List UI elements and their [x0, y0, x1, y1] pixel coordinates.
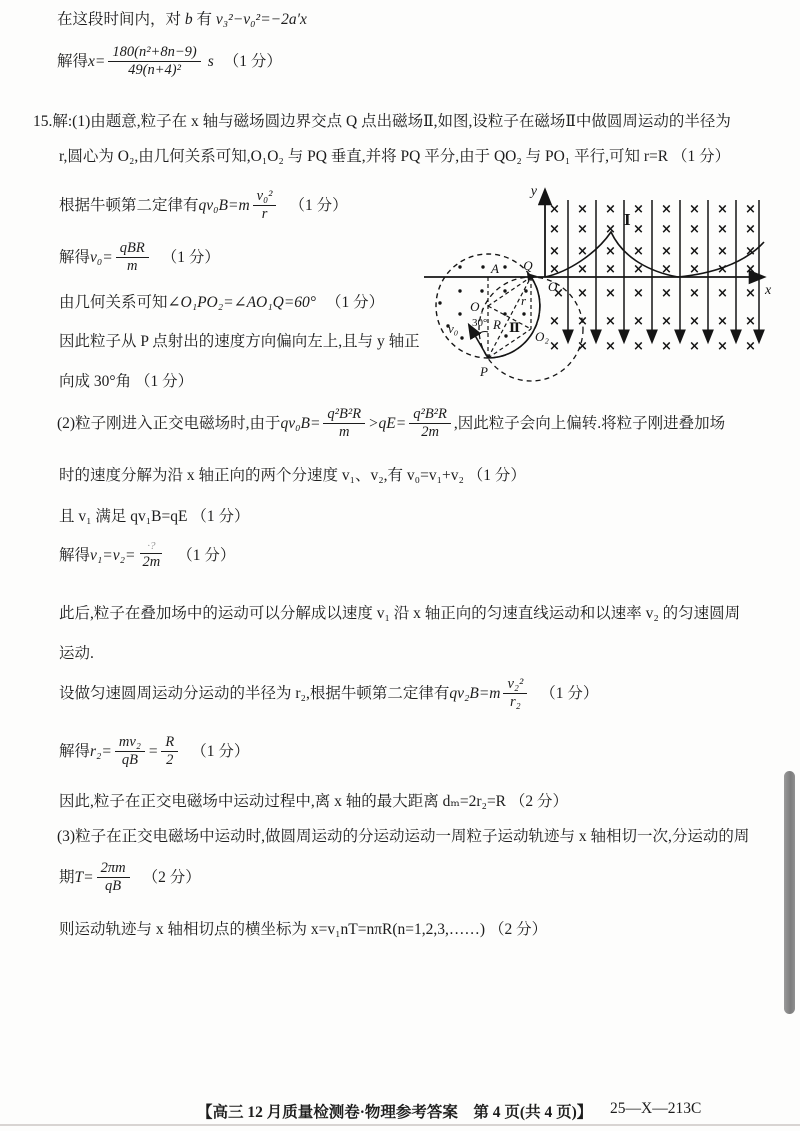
math-segment: r₂= [90, 742, 112, 762]
fraction: q²B²R2m [409, 406, 451, 442]
math-segment: = [148, 742, 158, 762]
math-segment: qv₂B=m [449, 684, 500, 704]
math-segment: b [185, 11, 193, 28]
math-segment: v₁=v₂= [90, 546, 135, 566]
text-segment: 由几何关系可知 [59, 294, 168, 311]
score-label: （2 分） [143, 868, 201, 888]
math-segment: v₃²−v₀²=−2a′x [216, 11, 307, 28]
text-segment: 解得 [59, 248, 90, 268]
text-segment: 有 [193, 11, 216, 28]
angle-30-label: 30° [472, 317, 487, 329]
answer-line-1: 在这段时间内，对 b 有 v₃²−v₀²=−2a′x [57, 10, 307, 30]
answer-line-21: 则运动轨迹与 x 轴相切点的横坐标为 x=v₁nT=nπR(n=1,2,3,……… [59, 920, 547, 940]
svg-text:××××××××: ×××××××× [553, 286, 756, 301]
v0-label: v₀ [448, 321, 458, 336]
fraction: mv₂qB [115, 734, 145, 770]
region-II-label: Ⅱ [509, 320, 520, 335]
answer-line-17: 解得 r₂= mv₂qB = R2 （1 分） [59, 734, 249, 770]
region-I-label: I [624, 210, 631, 229]
physics-diagram: y x O ×××××××× ×××××××× ×××××××× ×××××××… [418, 180, 780, 382]
point-O2-label: O₂ [535, 329, 549, 344]
answer-line-19: (3)粒子在正交电磁场中运动时,做圆周运动的分运动运动一周粒子运动轨迹与 x 轴… [57, 827, 749, 847]
fraction: q²B²Rm [323, 406, 365, 442]
math-segment: ∠O₁PO₂=∠AO₁Q=60° [168, 294, 316, 311]
math-segment: T= [75, 868, 94, 888]
point-P-label: P [479, 364, 488, 379]
text-segment: 解得 [59, 742, 90, 762]
answer-line-3: 15.解:(1)由题意,粒子在 x 轴与磁场圆边界交点 Q 点出磁场Ⅱ,如图,设… [33, 112, 731, 132]
score-label: （1 分） [177, 546, 235, 566]
fraction: 2πmqB [97, 860, 130, 896]
text-segment: 在这段时间内，对 [57, 11, 185, 28]
answer-line-7: 由几何关系可知∠O₁PO₂=∠AO₁Q=60°（1 分） [59, 293, 384, 313]
math-segment: >qE= [368, 414, 406, 434]
text-segment: 根据牛顿第二定律有 [59, 196, 199, 216]
axes [424, 190, 764, 277]
axis-label-y: y [529, 184, 538, 199]
fraction: R2 [161, 734, 178, 770]
answer-line-8: 因此粒子从 P 点射出的速度方向偏向左上,且与 y 轴正 [59, 332, 420, 352]
radius-R-label: R [492, 317, 501, 332]
text-segment: 设做匀速圆周运动分运动的半径为 r₂,根据牛顿第二定律有 [59, 684, 449, 704]
axis-label-x: x [764, 283, 772, 298]
fraction: v₂²r₂ [503, 676, 527, 712]
footer-paper-code: 25—X—213C [610, 1100, 701, 1118]
answer-line-10: (2)粒子刚进入正交电磁场时,由于 qv₀B= q²B²Rm >qE= q²B²… [57, 406, 725, 442]
answer-line-20: 期 T= 2πmqB （2 分） [59, 860, 201, 896]
math-segment: x= [88, 52, 105, 72]
answer-line-5: 根据牛顿第二定律有 qv₀B=m v₀²r （1 分） [59, 188, 348, 224]
radius-r-label: r [521, 293, 527, 308]
point-A-label: A [490, 261, 499, 276]
answer-line-11: 时的速度分解为沿 x 轴正向的两个分速度 v₁、v₂,有 v₀=v₁+v₂ （1… [59, 466, 526, 486]
fraction: v₀²r [253, 188, 277, 224]
scan-artifact-bar [784, 771, 795, 1014]
text-segment: (2)粒子刚进入正交电磁场时,由于 [57, 414, 280, 434]
score-label: （1 分） [191, 742, 249, 762]
score-label: （1 分） [289, 196, 347, 216]
answer-line-4: r,圆心为 O₂,由几何关系可知,O₁O₂ 与 PQ 垂直,并将 PQ 平分,由… [59, 147, 730, 167]
footer-title: 【高三 12 月质量检测卷·物理参考答案 第 4 页(共 4 页)】 [197, 1100, 592, 1122]
point-Q-label: Q [523, 258, 533, 273]
math-segment: qv₀B=m [199, 196, 250, 216]
answer-line-16: 设做匀速圆周运动分运动的半径为 r₂,根据牛顿第二定律有 qv₂B=m v₂²r… [59, 676, 598, 712]
text-segment: 解得 [59, 546, 90, 566]
text-segment: 期 [59, 868, 75, 888]
fraction: ·?2m [138, 540, 164, 572]
answer-line-9: 向成 30°角 （1 分） [59, 372, 193, 392]
math-segment: s [208, 52, 214, 72]
fraction: 180(n²+8n−9)49(n+4)² [108, 44, 200, 80]
answer-line-12: 且 v₁ 满足 qv₁B=qE （1 分） [59, 507, 249, 527]
answer-line-15: 运动. [59, 644, 94, 664]
answer-line-13: 解得 v₁=v₂= ·?2m （1 分） [59, 540, 235, 572]
score-label: （1 分） [224, 52, 282, 72]
math-segment: v₀= [90, 248, 113, 268]
score-label: （1 分） [162, 248, 220, 268]
math-segment: qv₀B= [280, 414, 320, 434]
footer-rule [0, 1124, 800, 1126]
score-label: （1 分） [326, 294, 384, 311]
text-segment: 解得 [57, 52, 88, 72]
text-segment: ,因此粒子会向上偏转.将粒子刚进叠加场 [454, 414, 725, 434]
point-O1-label: O₁ [470, 299, 484, 314]
answer-line-14: 此后,粒子在叠加场中的运动可以分解成以速度 v₁ 沿 x 轴正向的匀速直线运动和… [59, 604, 740, 624]
score-label: （1 分） [540, 684, 598, 704]
answer-line-18: 因此,粒子在正交电磁场中运动过程中,离 x 轴的最大距离 dₘ=2r₂=R （2… [59, 792, 568, 812]
fraction: qBRm [116, 240, 149, 276]
answer-line-6: 解得 v₀= qBRm （1 分） [59, 240, 220, 276]
angle-arc [476, 332, 488, 337]
answer-line-2: 解得 x= 180(n²+8n−9)49(n+4)² s （1 分） [57, 44, 282, 80]
